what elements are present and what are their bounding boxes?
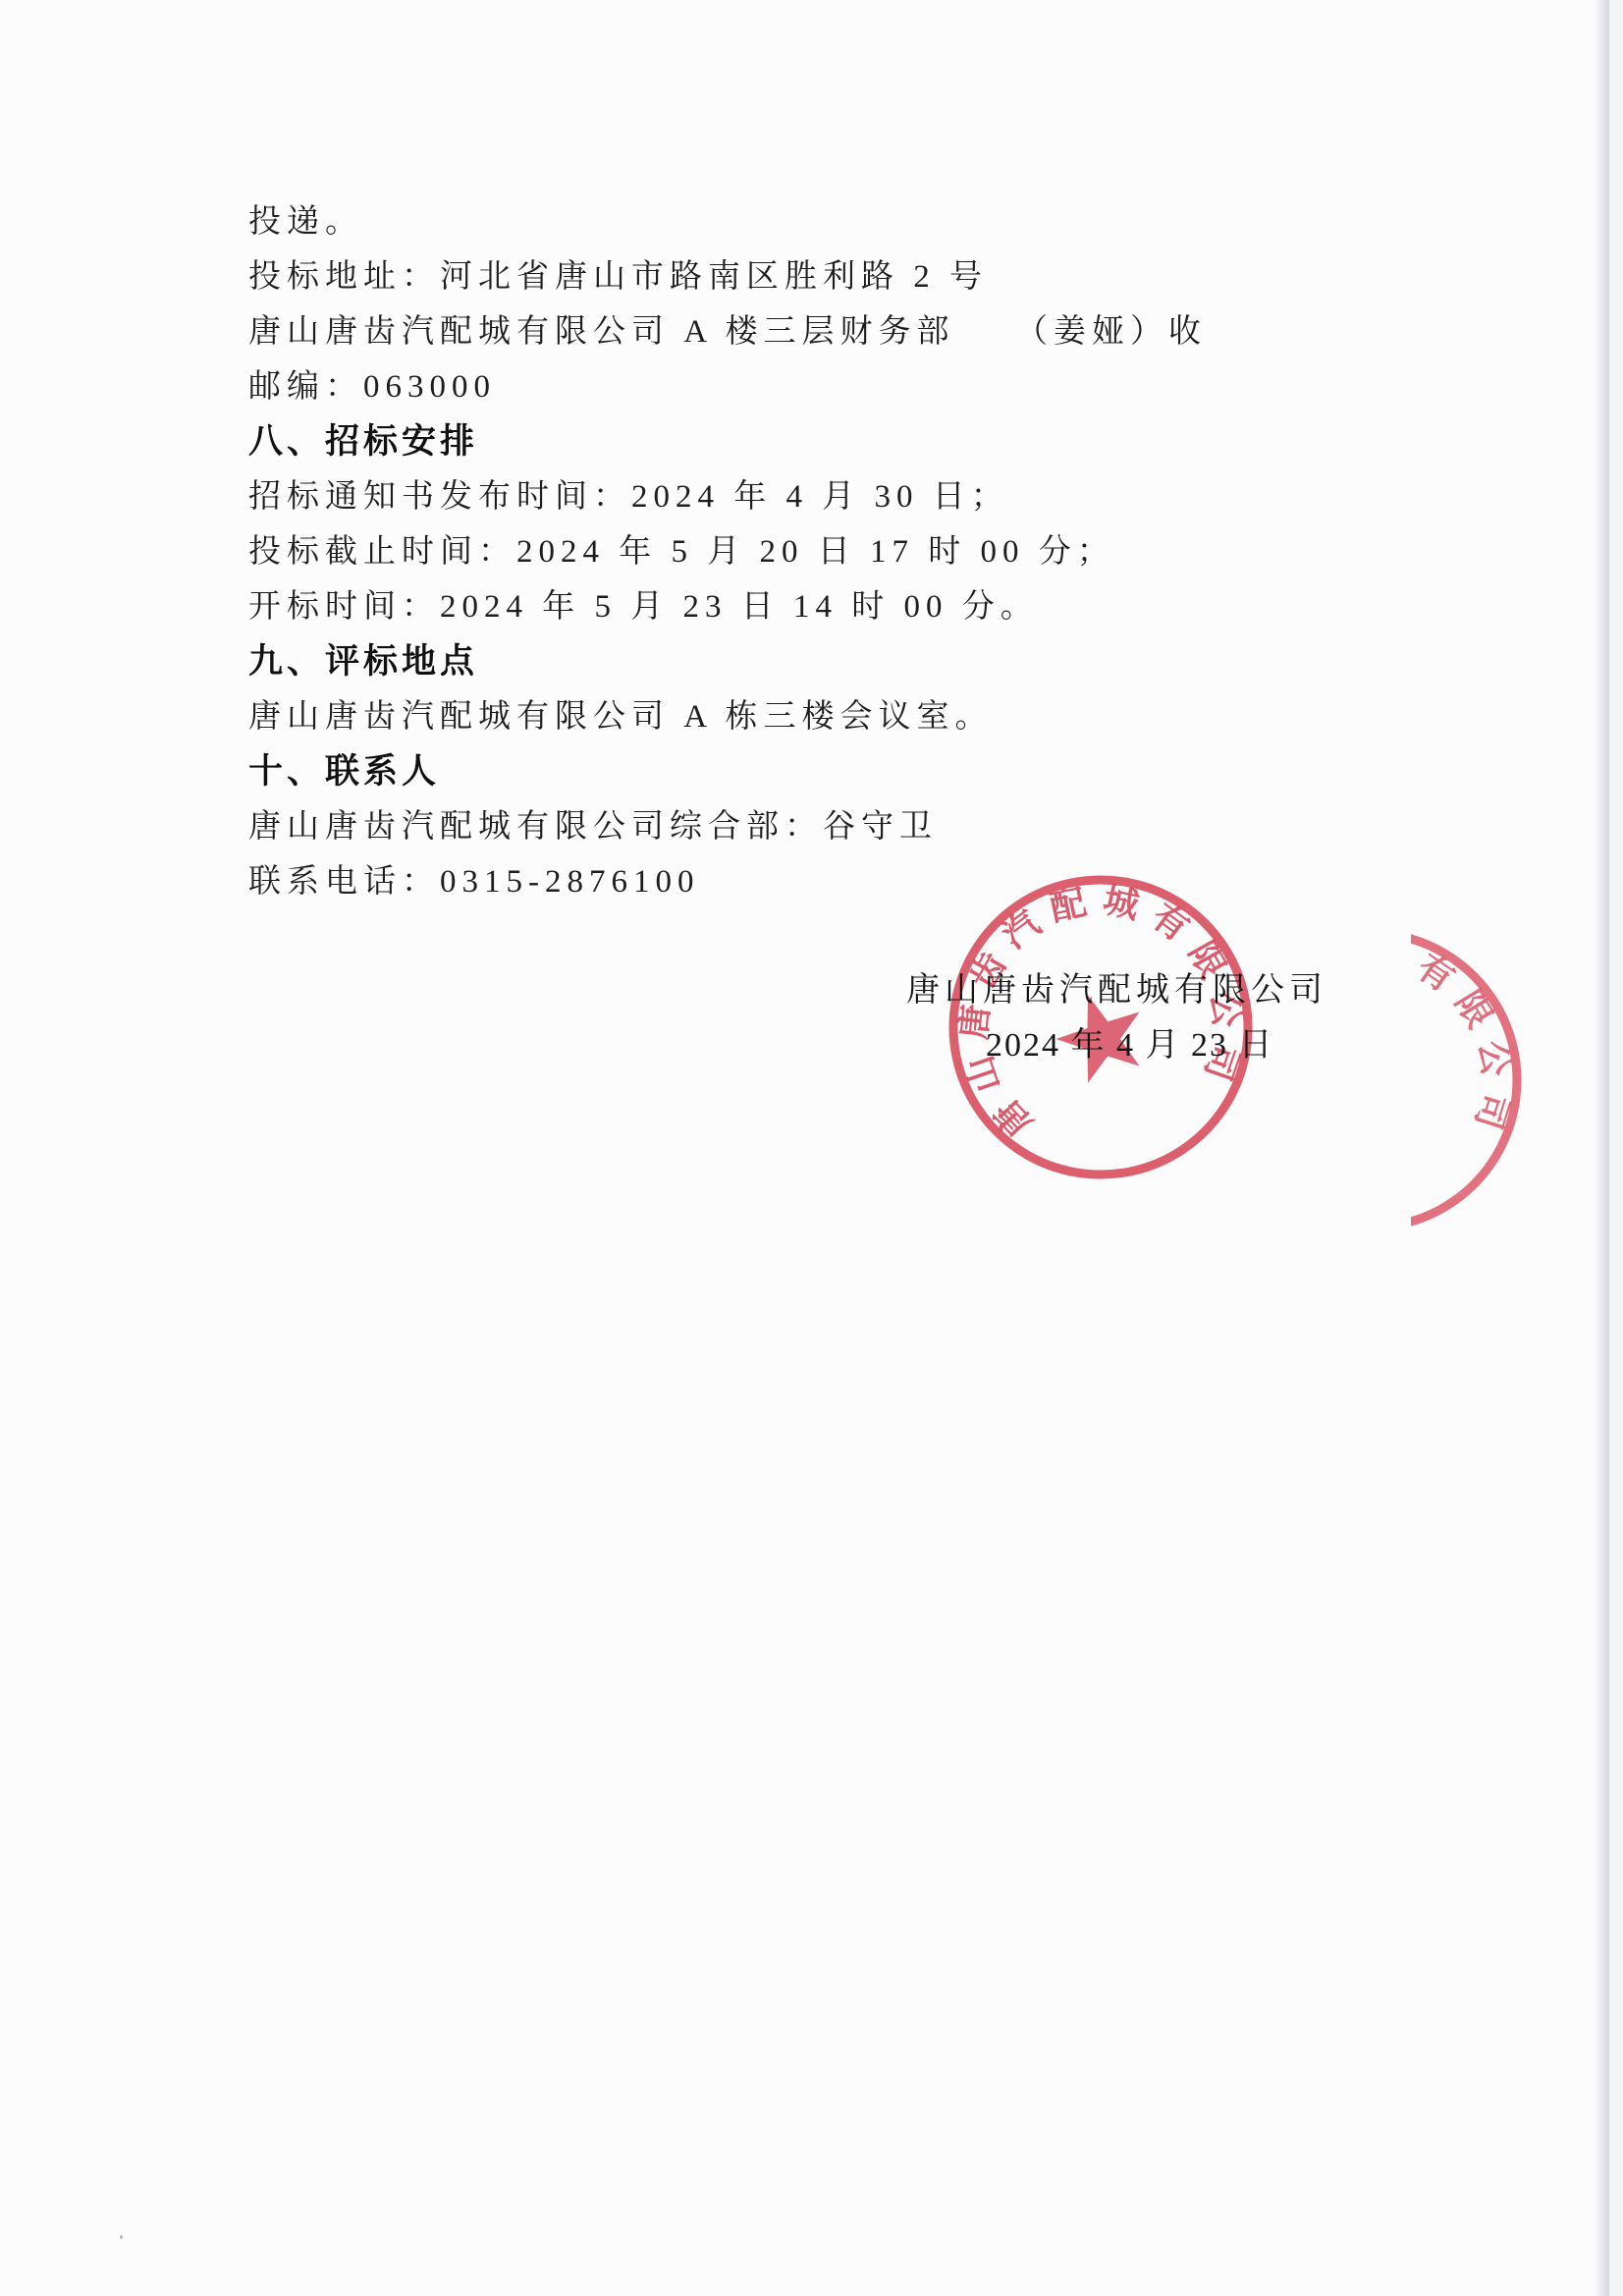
text-line: 唐山唐齿汽配城有限公司 A 栋三楼会议室。 <box>248 689 1407 744</box>
text-line: 投递。 <box>248 194 1407 249</box>
text-line: 唐山唐齿汽配城有限公司综合部：谷守卫 <box>248 799 1407 854</box>
signature-date: 2024 年 4 月 23 日 <box>986 1017 1274 1066</box>
section-heading: 九、评标地点 <box>248 634 1407 689</box>
seal-fragment: 唐山唐齿汽配城有限公司 <box>1411 913 1558 1247</box>
section-heading: 十、联系人 <box>248 744 1407 799</box>
text-line: 投标截止时间：2024 年 5 月 20 日 17 时 00 分； <box>248 524 1407 579</box>
signature-company: 唐山唐齿汽配城有限公司 <box>906 962 1327 1011</box>
scanned-document-page: 投递。投标地址：河北省唐山市路南区胜利路 2 号唐山唐齿汽配城有限公司 A 楼三… <box>0 0 1623 2296</box>
text-line: 招标通知书发布时间：2024 年 4 月 30 日； <box>248 469 1407 524</box>
text-line: 邮编：063000 <box>248 359 1407 414</box>
page-edge <box>1609 0 1623 2296</box>
page-edge-shadow <box>1596 0 1609 2296</box>
text-line: 投标地址：河北省唐山市路南区胜利路 2 号 <box>248 249 1407 304</box>
document-body: 投递。投标地址：河北省唐山市路南区胜利路 2 号唐山唐齿汽配城有限公司 A 楼三… <box>248 194 1407 909</box>
text-line: 开标时间：2024 年 5 月 23 日 14 时 00 分。 <box>248 579 1407 634</box>
scan-speck <box>120 2235 123 2239</box>
section-heading: 八、招标安排 <box>248 414 1407 469</box>
text-line: 唐山唐齿汽配城有限公司 A 楼三层财务部 （姜娅）收 <box>248 304 1407 359</box>
